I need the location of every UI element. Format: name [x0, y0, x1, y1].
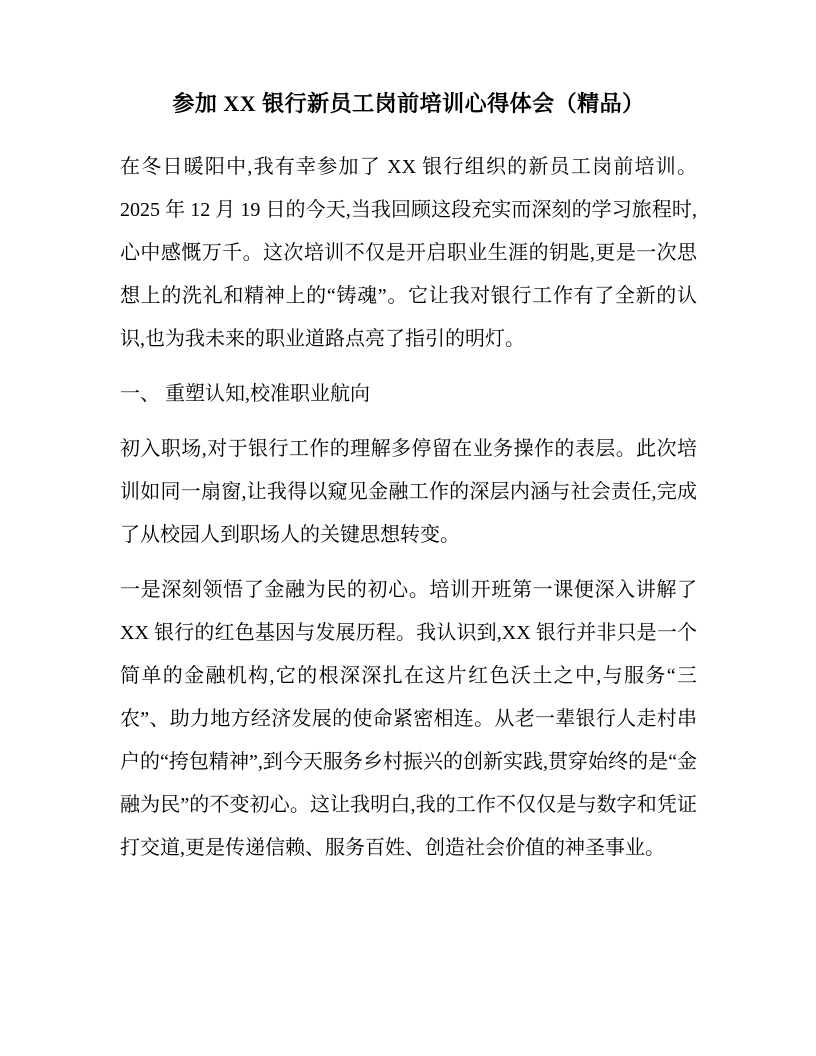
document-body: 在冬日暖阳中,我有幸参加了 XX 银行组织的新员工岗前培训。2025 年 12 …: [120, 146, 697, 870]
paragraph: 在冬日暖阳中,我有幸参加了 XX 银行组织的新员工岗前培训。2025 年 12 …: [120, 146, 697, 361]
paragraph: 一是深刻领悟了金融为民的初心。培训开班第一课便深入讲解了 XX 银行的红色基因与…: [120, 569, 697, 870]
document-page: 参加 XX 银行新员工岗前培训心得体会（精品） 在冬日暖阳中,我有幸参加了 XX…: [0, 0, 816, 1056]
paragraph: 初入职场,对于银行工作的理解多停留在业务操作的表层。此次培训如同一扇窗,让我得以…: [120, 428, 697, 557]
section-heading: 一、 重塑认知,校准职业航向: [120, 373, 697, 416]
document-title: 参加 XX 银行新员工岗前培训心得体会（精品）: [120, 88, 697, 120]
